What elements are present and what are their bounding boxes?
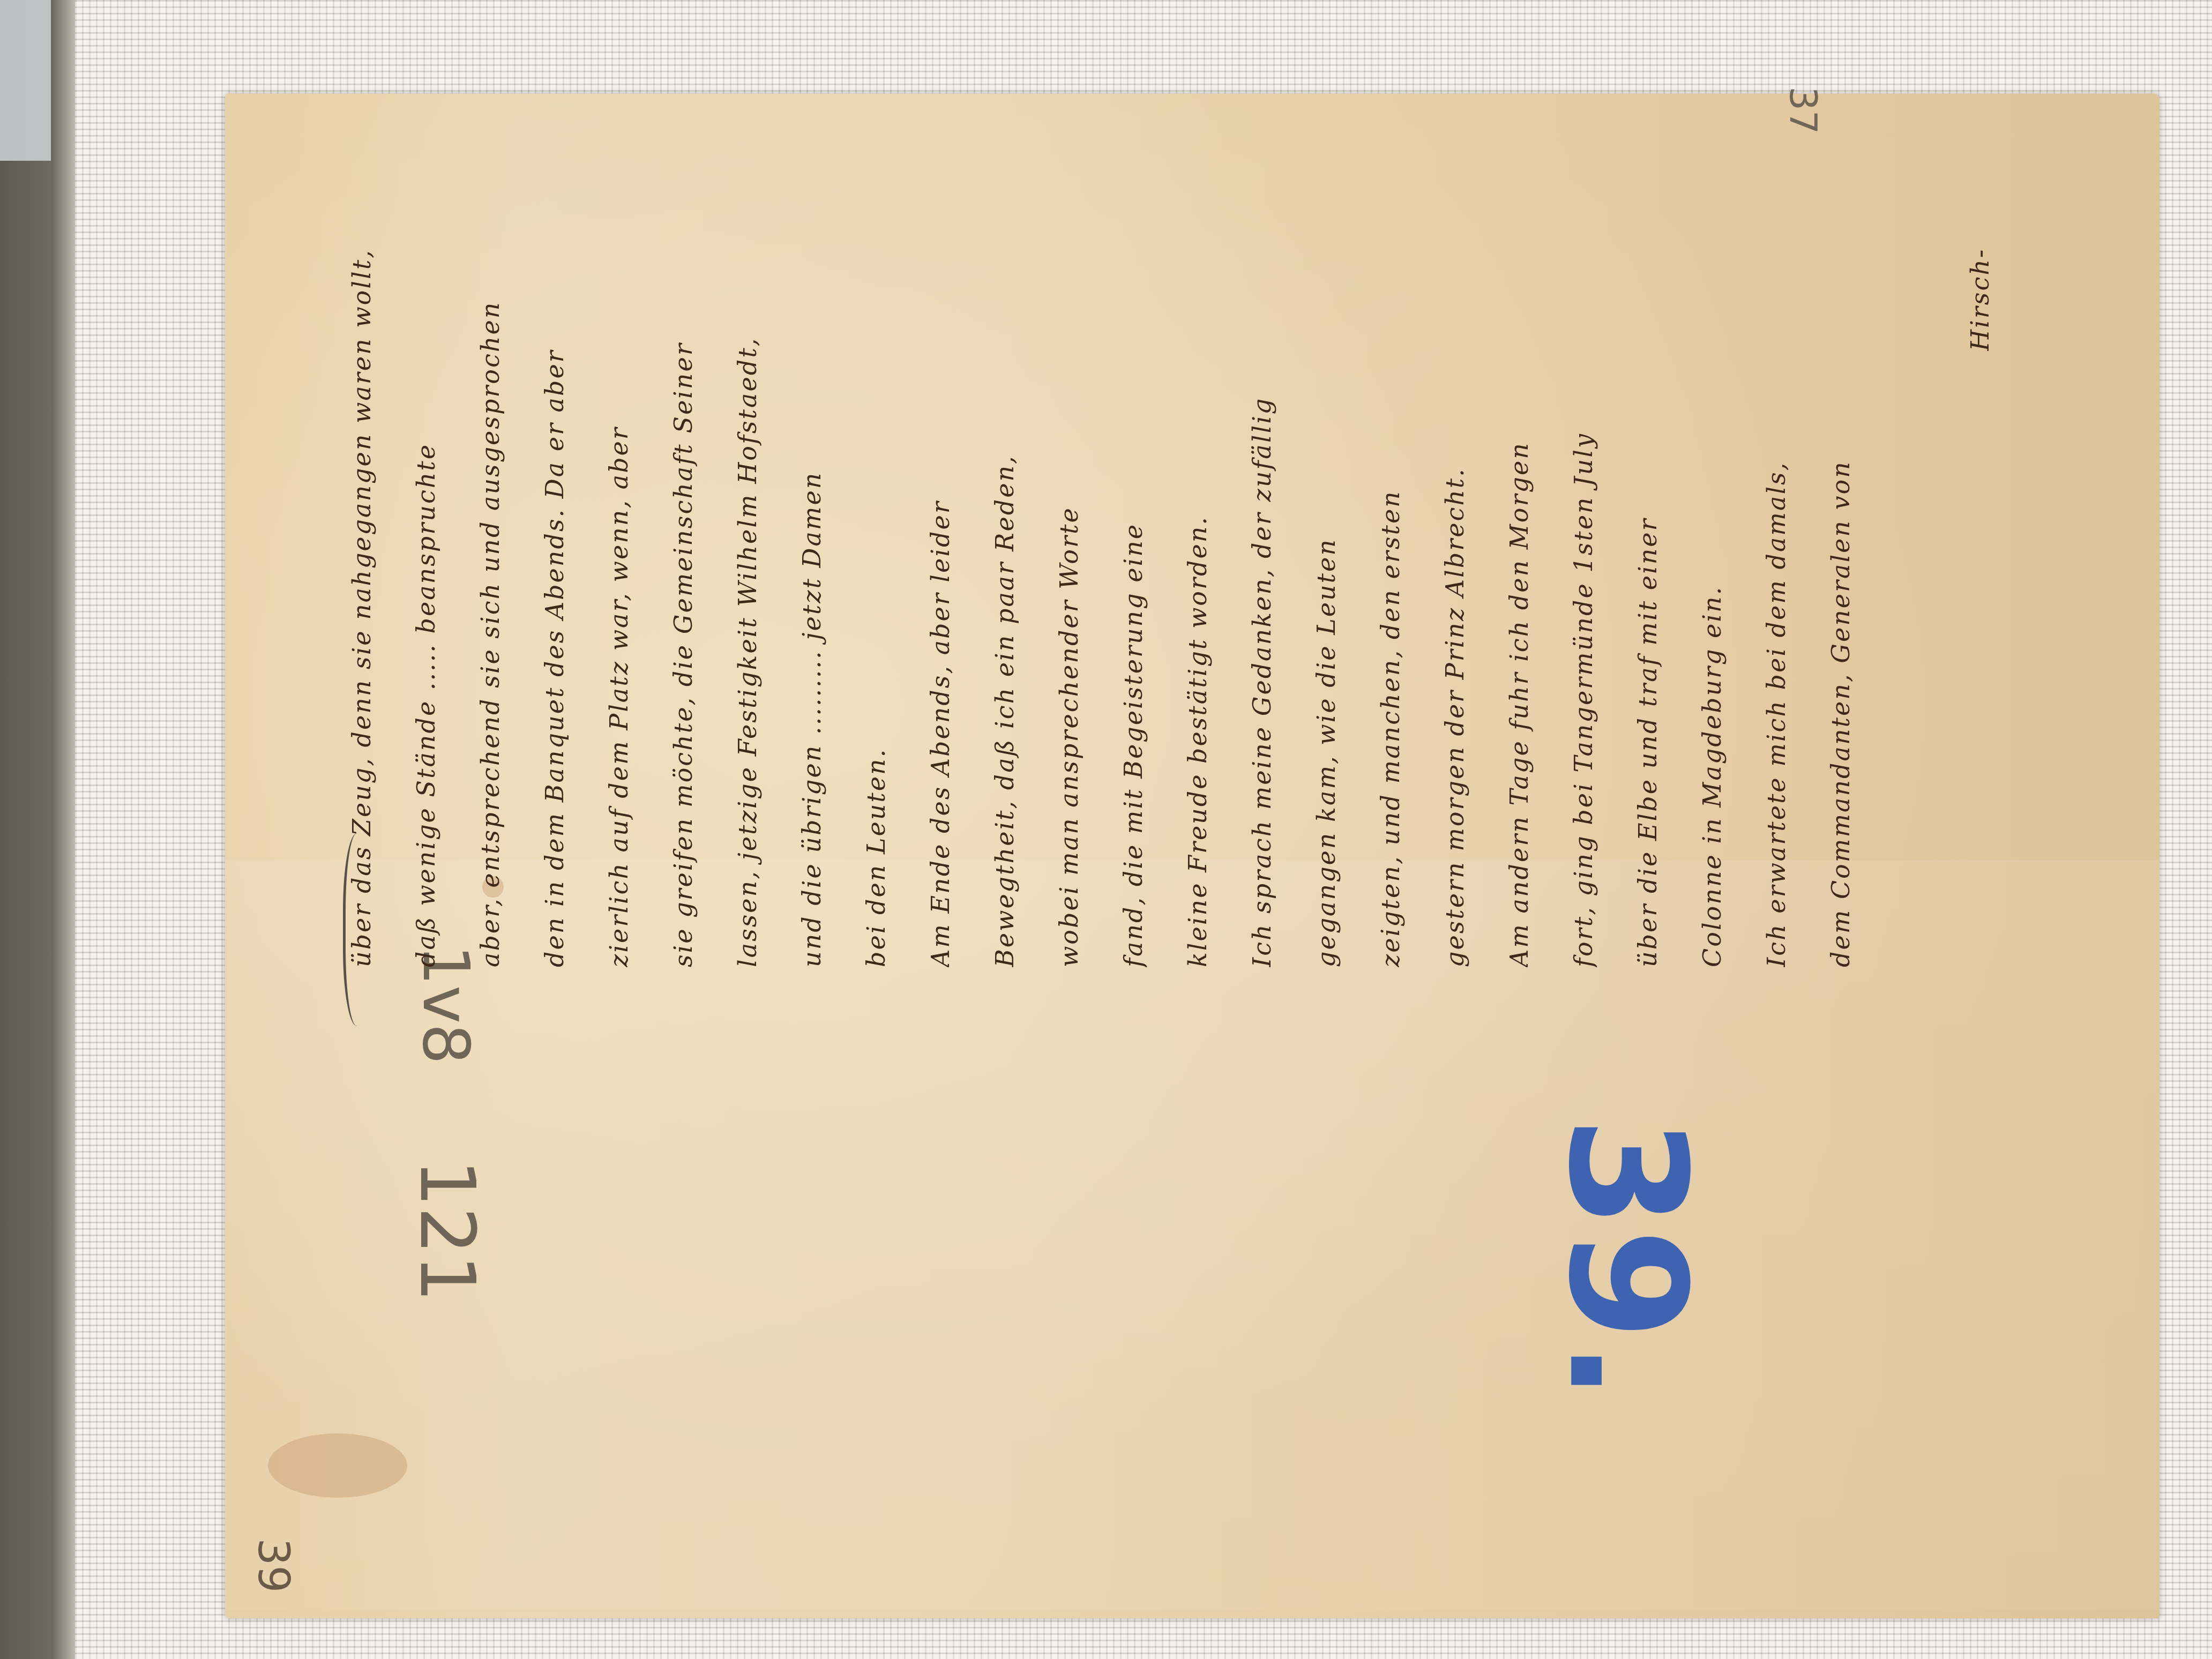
text-line: zeigten, und manchen, den ersten <box>1372 190 1409 967</box>
text-line: fort, ging bei Tangermünde 1sten July <box>1565 190 1602 967</box>
text-line: dem Commandanten, Generalen von <box>1822 190 1859 967</box>
folio-number-37: 37 <box>1781 86 1825 134</box>
manuscript-page: 37 39 1v8 121 39. über das Zeug, denn si… <box>225 94 2159 1618</box>
pencil-number-121: 121 <box>403 1159 490 1302</box>
dark-table-edge <box>0 0 75 1659</box>
text-line: Bewegtheit, daß ich ein paar Reden, <box>986 190 1023 967</box>
corner-printed-slip <box>0 0 51 161</box>
text-line: über das Zeug, denn sie nahgegangen ware… <box>343 190 380 967</box>
text-line: Ich sprach meine Gedanken, der zufällig <box>1243 190 1281 967</box>
text-line: den in dem Banquet des Abends. Da er abe… <box>536 190 573 967</box>
text-line: kleine Freude bestätigt worden. <box>1179 190 1216 967</box>
text-line: zierlich auf dem Platz war, wenn, aber <box>600 190 638 967</box>
text-line: bei den Leuten. <box>857 190 895 967</box>
text-line: gegangen kam, wie die Leuten <box>1307 190 1345 967</box>
text-line: sie greifen möchte, die Gemeinschaft Sei… <box>664 190 702 967</box>
text-line: Am Ende des Abends, aber leider <box>922 190 959 967</box>
signature-line: Hirsch- <box>1961 190 1999 351</box>
text-line: und die übrigen ......... jetzt Damen <box>793 190 831 967</box>
text-line: gestern morgen der Prinz Albrecht. <box>1436 190 1474 967</box>
blue-crayon-number-39: 39. <box>1533 1117 1720 1401</box>
foxing-stain <box>268 1433 407 1498</box>
manuscript-text: über das Zeug, denn sie nahgegangen ware… <box>568 190 2212 967</box>
text-line: lassen, jetzige Festigkeit Wilhelm Hofst… <box>729 190 766 967</box>
text-line: wobei man ansprechender Worte <box>1050 190 1088 967</box>
text-line: fand, die mit Begeisterung eine <box>1115 190 1152 967</box>
text-line: Colonne in Magdeburg ein. <box>1693 190 1731 967</box>
text-line: Ich erwartete mich bei dem damals, <box>1758 190 1795 967</box>
text-line: aber, entsprechend sie sich und ausgespr… <box>472 190 509 967</box>
folio-number-39: 39 <box>249 1538 298 1593</box>
text-line: Am andern Tage fuhr ich den Morgen <box>1500 190 1538 967</box>
text-line: daß wenige Stände ..... beanspruchte <box>407 190 445 967</box>
text-line: über die Elbe und traf mit einer <box>1629 190 1667 967</box>
fold-area <box>225 860 2159 1610</box>
